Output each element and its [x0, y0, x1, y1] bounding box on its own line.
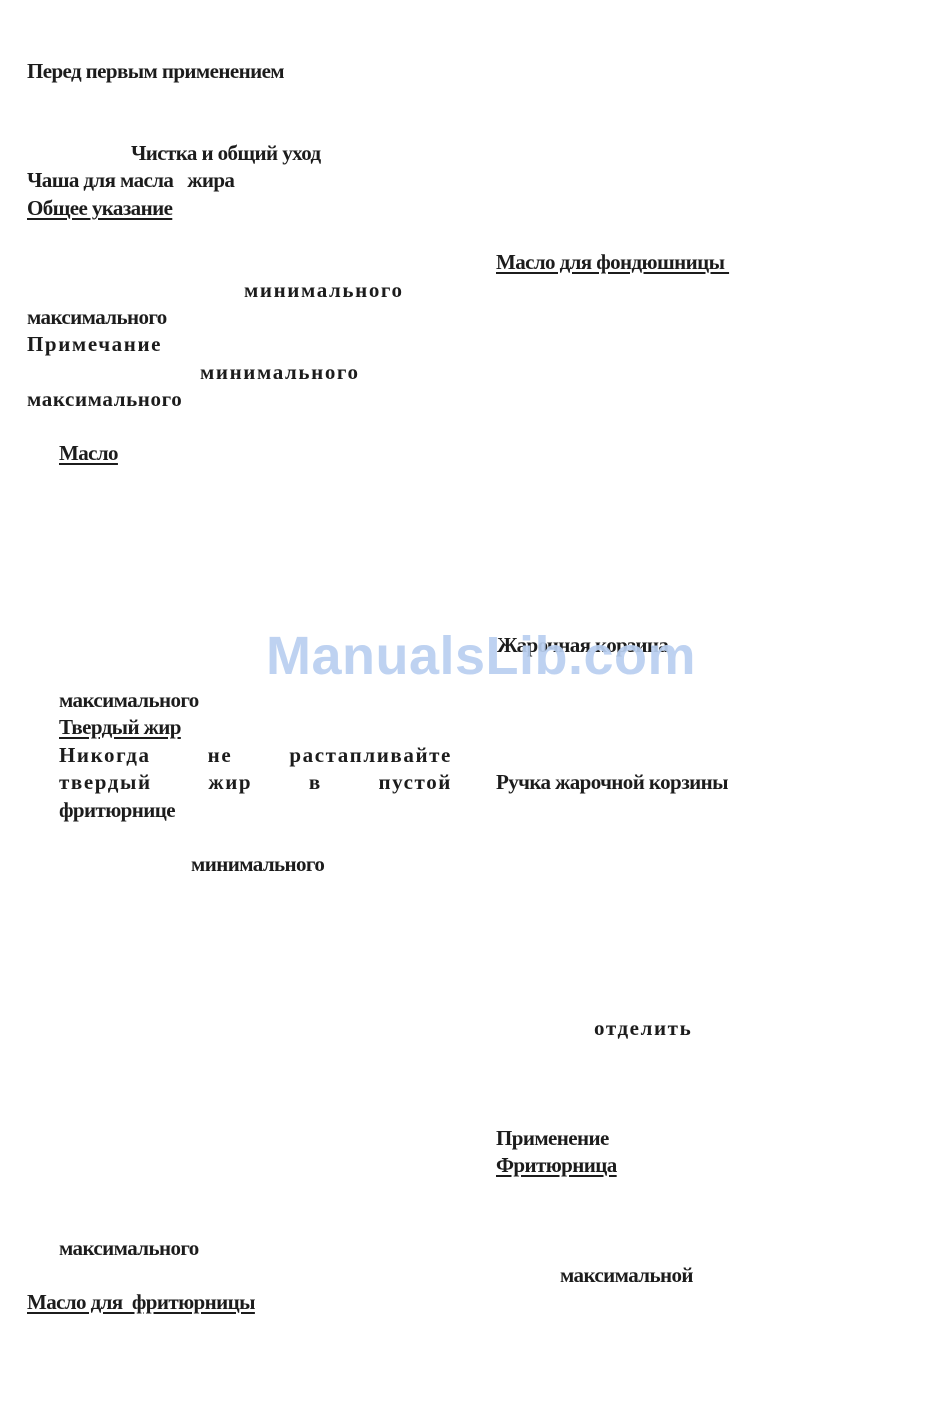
- warning-word: жир: [208, 769, 252, 796]
- warning-word: растапливайте: [289, 742, 452, 769]
- solid-fat-warning-line-3: фритюрнице: [59, 797, 175, 824]
- solid-fat-warning-line-1: Никогда не растапливайте: [59, 742, 452, 769]
- warning-word: Никогда: [59, 742, 151, 769]
- manual-page: Перед первым применением Чистка и общий …: [0, 0, 950, 1420]
- note-label: Примечание: [27, 331, 162, 358]
- frying-basket-label: Жарочная корзина: [497, 632, 668, 659]
- detach-word: отделить: [594, 1015, 692, 1042]
- solid-fat-subheading: Твердый жир: [59, 714, 181, 741]
- warning-word: в: [309, 769, 322, 796]
- fondue-oil-heading: Масло для фондюшницы: [496, 249, 729, 276]
- fryer-oil-heading: Масло для фритюрницы: [27, 1289, 255, 1316]
- maximum-word: максимального: [27, 304, 167, 331]
- heading-cleaning-and-care: Чистка и общий уход: [131, 140, 321, 167]
- oil-subheading: Масло: [59, 440, 118, 467]
- maximum-word: максимального: [59, 1235, 199, 1262]
- warning-word: твердый: [59, 769, 152, 796]
- basket-handle-label: Ручка жарочной корзины: [496, 769, 728, 796]
- warning-word: не: [208, 742, 233, 769]
- heading-before-first-use: Перед первым применением: [27, 58, 284, 85]
- maximum-word: максимального: [27, 386, 182, 413]
- fryer-subheading: Фритюрница: [496, 1152, 617, 1179]
- maximum-word: максимального: [59, 687, 199, 714]
- minimum-word: минимального: [244, 277, 404, 304]
- minimum-word: минимального: [200, 359, 360, 386]
- minimum-word: минимального: [191, 851, 324, 878]
- solid-fat-warning-line-2: твердый жир в пустой: [59, 769, 452, 796]
- general-note-heading: Общее указание: [27, 195, 172, 222]
- oil-fat-bowl-label: Чаша для масла жира: [27, 167, 234, 194]
- warning-word: пустой: [378, 769, 452, 796]
- usage-heading: Применение: [496, 1125, 609, 1152]
- maximum-word: максимальной: [560, 1262, 693, 1289]
